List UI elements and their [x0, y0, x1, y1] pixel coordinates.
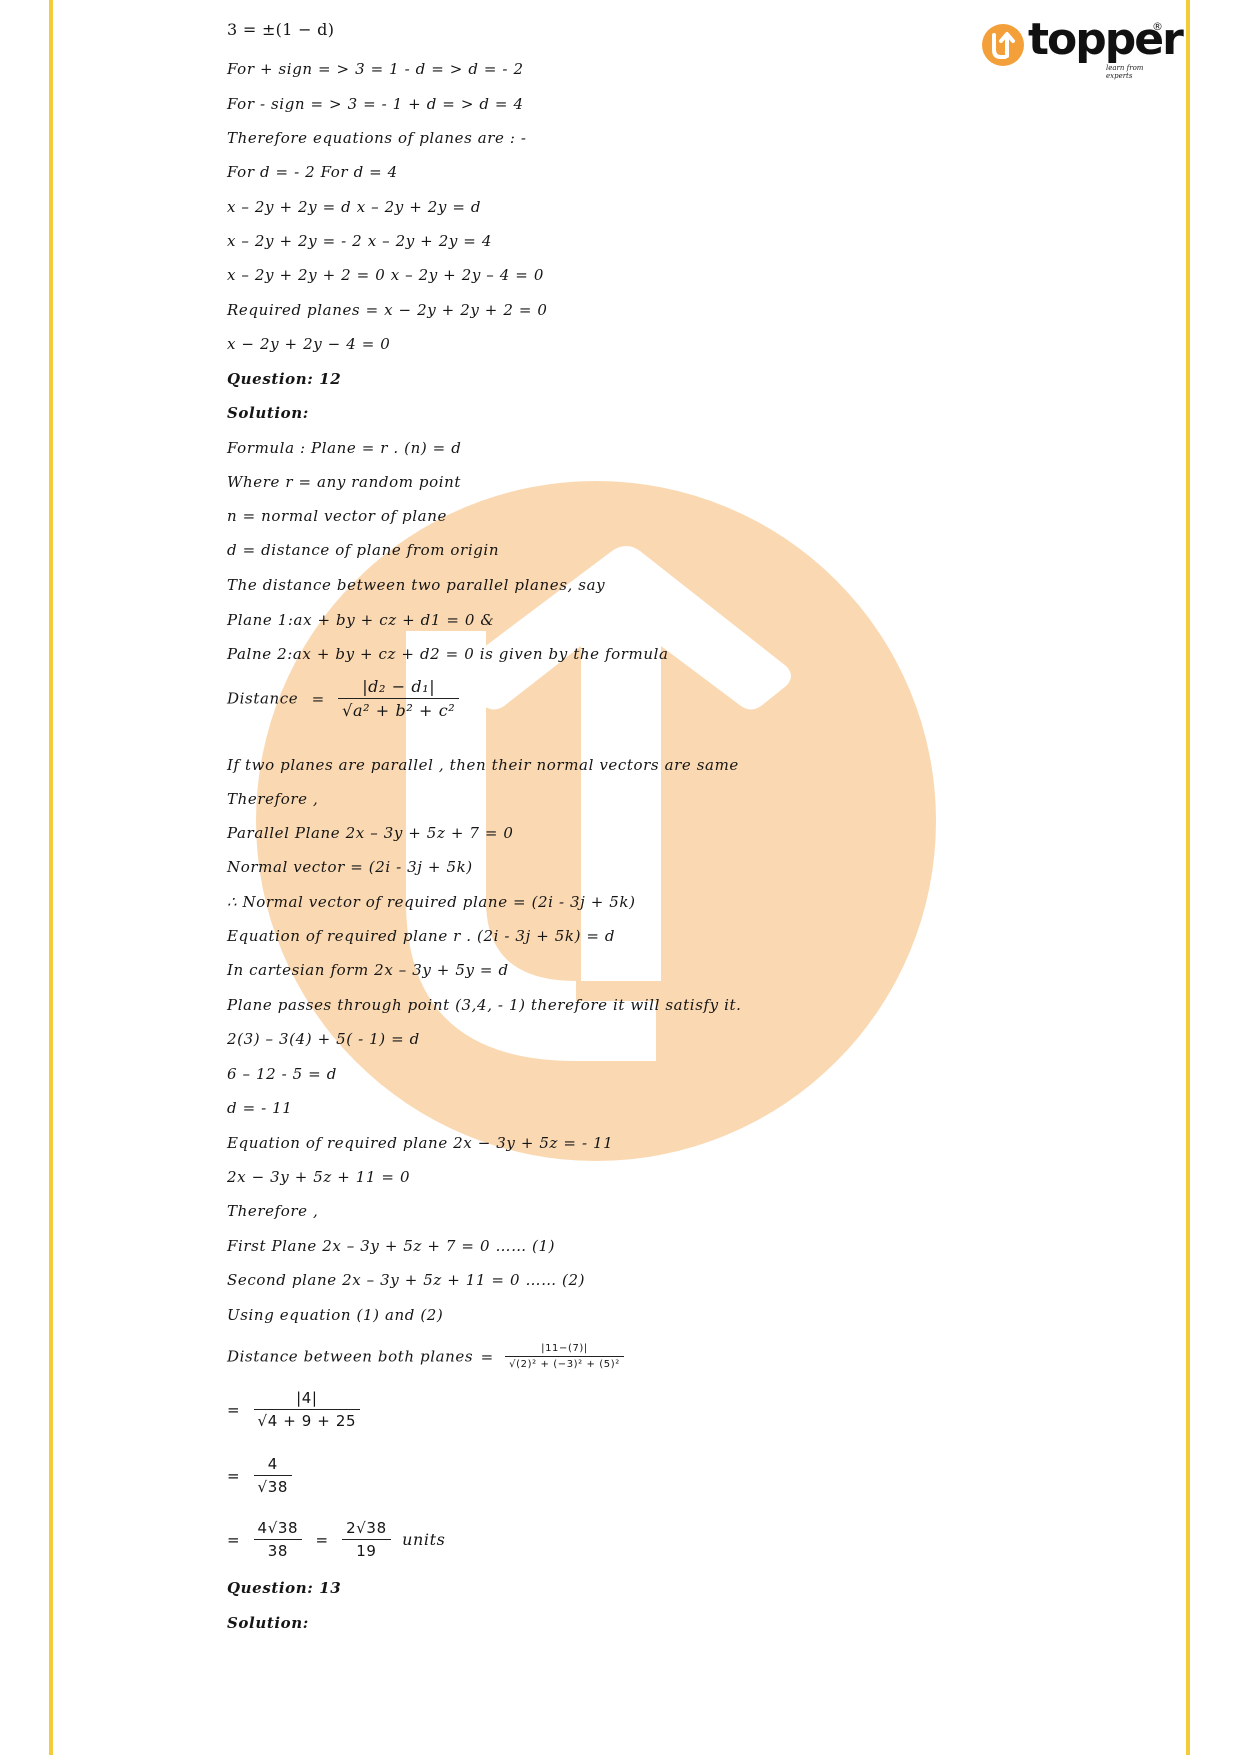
text-line: Palne 2:ax + by + cz + d2 = 0 is given b…	[227, 645, 669, 663]
step-2-fraction: 4 √38	[254, 1455, 292, 1496]
question-heading: Question: 13	[227, 1579, 341, 1597]
text-line: First Plane 2x – 3y + 5z + 7 = 0 …… (1)	[227, 1237, 555, 1255]
text-line: Required planes = x − 2y + 2y + 2 = 0	[227, 301, 548, 319]
text-line: n = normal vector of plane	[227, 507, 447, 525]
radicand: (2)² + (−3)² + (5)²	[516, 1359, 620, 1370]
text-line: 2x − 3y + 5z + 11 = 0	[227, 1168, 410, 1186]
radicand: 4 + 9 + 25	[268, 1412, 356, 1430]
text-line: x – 2y + 2y = d x – 2y + 2y = d	[227, 198, 481, 216]
text-line: If two planes are parallel , then their …	[227, 756, 739, 774]
text-line: Plane 1:ax + by + cz + d1 = 0 &	[227, 611, 494, 629]
text-line: For + sign = > 3 = 1 - d = > d = - 2	[227, 60, 524, 78]
text-line: x – 2y + 2y + 2 = 0 x – 2y + 2y – 4 = 0	[227, 266, 544, 284]
text-line: x − 2y + 2y − 4 = 0	[227, 335, 390, 353]
solution-label: Solution:	[227, 1614, 309, 1632]
radicand: 38	[366, 1519, 386, 1537]
distance-label: Distance	[227, 690, 298, 708]
fraction-numerator: |4|	[254, 1389, 361, 1410]
text-line: Where r = any random point	[227, 473, 461, 491]
step-1-fraction: |4| √4 + 9 + 25	[254, 1389, 361, 1430]
fraction-denominator: 19	[342, 1540, 391, 1560]
text-line: For - sign = > 3 = - 1 + d = > d = 4	[227, 95, 524, 113]
fraction-numerator: 4	[254, 1455, 292, 1476]
radicand: a² + b² + c²	[353, 701, 455, 720]
text-line: Therefore equations of planes are : -	[227, 129, 527, 147]
step-1: = |4| √4 + 9 + 25	[227, 1389, 360, 1430]
text-line: Therefore ,	[227, 1202, 318, 1220]
step-2: = 4 √38	[227, 1455, 292, 1496]
fraction-denominator: √(2)² + (−3)² + (5)²	[505, 1357, 624, 1370]
text-line: The distance between two parallel planes…	[227, 576, 605, 594]
text-line: Equation of required plane 2x − 3y + 5z …	[227, 1134, 613, 1152]
fraction-denominator: √38	[254, 1476, 292, 1496]
distance-between-label: Distance between both planes	[227, 1348, 473, 1366]
fraction-denominator: √a² + b² + c²	[338, 699, 459, 720]
text-line: ∴ Normal vector of required plane = (2i …	[227, 893, 636, 911]
text-line: Parallel Plane 2x – 3y + 5z + 7 = 0	[227, 824, 514, 842]
coefficient: 2	[346, 1519, 356, 1537]
equals-sign: =	[481, 1348, 494, 1366]
distance-between-planes: Distance between both planes = |11−(7)| …	[227, 1343, 624, 1370]
equals-sign: =	[227, 1467, 240, 1485]
u-arrow-logo-icon	[982, 24, 1024, 66]
text-line: x – 2y + 2y = - 2 x – 2y + 2y = 4	[227, 232, 492, 250]
text-line: Using equation (1) and (2)	[227, 1306, 443, 1324]
solution-label: Solution:	[227, 404, 309, 422]
coefficient: 4	[258, 1519, 268, 1537]
text-line: For d = - 2 For d = 4	[227, 163, 398, 181]
equals-sign: =	[316, 1531, 329, 1549]
distance-fraction: |11−(7)| √(2)² + (−3)² + (5)²	[505, 1343, 624, 1370]
page-border-right	[1186, 0, 1190, 1755]
text-line: Therefore ,	[227, 790, 318, 808]
text-line: d = distance of plane from origin	[227, 541, 499, 559]
fraction-denominator: 38	[254, 1540, 303, 1560]
text-line: In cartesian form 2x – 3y + 5y = d	[227, 961, 509, 979]
topper-logo: topper ® learn from experts	[978, 20, 1168, 78]
fraction-numerator: |11−(7)|	[505, 1343, 624, 1357]
equals-sign: =	[227, 1401, 240, 1419]
text-line: d = - 11	[227, 1099, 292, 1117]
registered-mark: ®	[1152, 20, 1163, 33]
distance-formula: Distance = |d₂ − d₁| √a² + b² + c²	[227, 677, 459, 720]
equation-line: 3 = ±(1 − d)	[227, 20, 334, 39]
step-3-fraction-a: 4√38 38	[254, 1519, 303, 1560]
equals-sign: =	[312, 690, 325, 708]
brand-tagline: learn from experts	[1106, 64, 1168, 80]
question-heading: Question: 12	[227, 370, 341, 388]
text-line: Formula : Plane = r . (n) = d	[227, 439, 461, 457]
fraction-denominator: √4 + 9 + 25	[254, 1410, 361, 1430]
step-3-fraction-b: 2√38 19	[342, 1519, 391, 1560]
text-line: Second plane 2x – 3y + 5z + 11 = 0 …… (2…	[227, 1271, 585, 1289]
fraction-numerator: 2√38	[342, 1519, 391, 1540]
fraction-numerator: |d₂ − d₁|	[338, 677, 459, 699]
step-3: = 4√38 38 = 2√38 19 units	[227, 1519, 445, 1560]
text-line: Normal vector = (2i - 3j + 5k)	[227, 858, 473, 876]
text-line: Equation of required plane r . (2i - 3j …	[227, 927, 615, 945]
text-line: Plane passes through point (3,4, - 1) th…	[227, 996, 742, 1014]
equals-sign: =	[227, 1531, 240, 1549]
page-border-left	[49, 0, 53, 1755]
units-label: units	[402, 1530, 445, 1549]
radicand: 38	[268, 1478, 288, 1496]
fraction-numerator: 4√38	[254, 1519, 303, 1540]
text-line: 2(3) – 3(4) + 5( - 1) = d	[227, 1030, 420, 1048]
distance-fraction: |d₂ − d₁| √a² + b² + c²	[338, 677, 459, 720]
text-line: 6 – 12 - 5 = d	[227, 1065, 337, 1083]
radicand: 38	[278, 1519, 298, 1537]
